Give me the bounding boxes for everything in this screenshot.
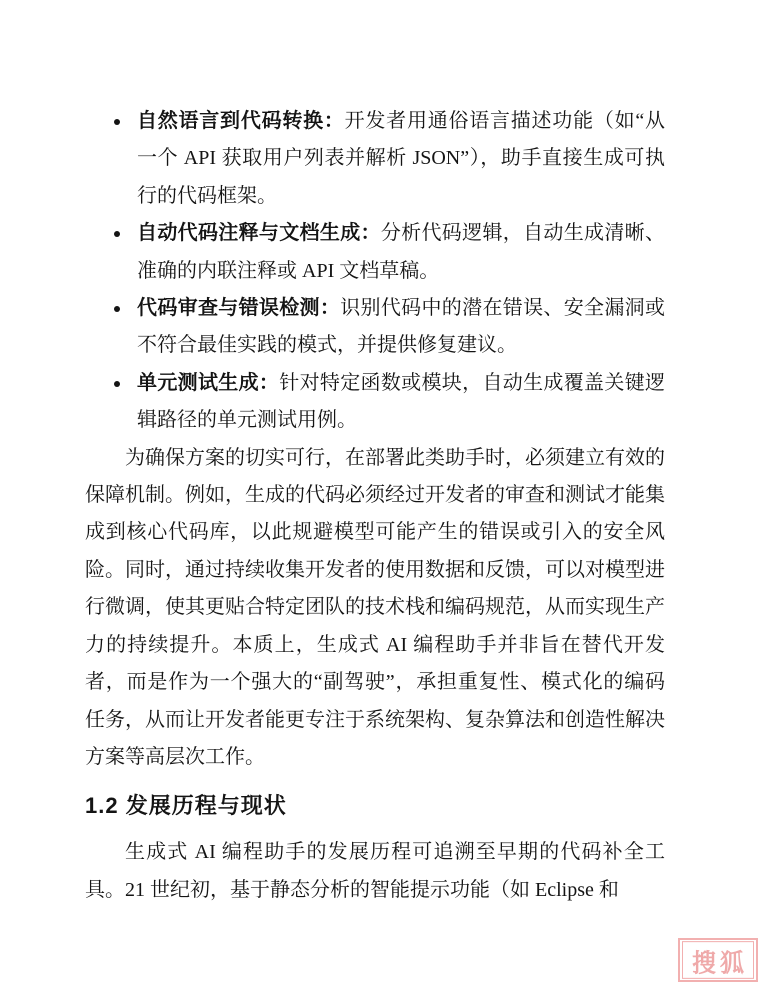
- bullet-text-line: 行的代码框架。: [137, 178, 665, 215]
- body-line: 具。21 世纪初，基于静态分析的智能提示功能（如 Eclipse 和: [85, 872, 665, 909]
- bullet-text-line: 不符合最佳实践的模式，并提供修复建议。: [137, 327, 665, 364]
- paragraph: 为确保方案的切实可行，在部署此类助手时，必须建立有效的 保障机制。例如，生成的代…: [85, 440, 665, 777]
- bullet-text-line: 准确的内联注释或 API 文档草稿。: [137, 253, 665, 290]
- bullet-text-line: 一个 API 获取用户列表并解析 JSON”），助手直接生成可执: [137, 140, 665, 177]
- seal-stamp-text: 搜狐: [682, 941, 754, 979]
- bullet-text: 针对特定函数或模块，自动生成覆盖关键逻: [279, 372, 665, 394]
- bullet-label: 单元测试生成：: [137, 372, 279, 394]
- body-line: 生成式 AI 编程助手的发展历程可追溯至早期的代码补全工: [85, 834, 665, 871]
- bullet-text: 开发者用通俗语言描述功能（如“从: [345, 110, 665, 132]
- body-line: 方案等高层次工作。: [85, 739, 665, 776]
- body-line: 为确保方案的切实可行，在部署此类助手时，必须建立有效的: [85, 440, 665, 477]
- bullet-item: 自动代码注释与文档生成：分析代码逻辑，自动生成清晰、 准确的内联注释或 API …: [85, 215, 665, 290]
- bullet-label: 自然语言到代码转换：: [137, 110, 345, 132]
- bullet-marker-icon: [114, 306, 120, 312]
- bullet-label: 自动代码注释与文档生成：: [137, 222, 381, 244]
- bullet-text-line: 自动代码注释与文档生成：分析代码逻辑，自动生成清晰、: [137, 215, 665, 252]
- bullet-marker-icon: [114, 381, 120, 387]
- bullet-item: 代码审查与错误检测：识别代码中的潜在错误、安全漏洞或 不符合最佳实践的模式，并提…: [85, 290, 665, 365]
- bullet-item: 自然语言到代码转换：开发者用通俗语言描述功能（如“从 一个 API 获取用户列表…: [85, 103, 665, 215]
- body-line: 险。同时，通过持续收集开发者的使用数据和反馈，可以对模型进: [85, 552, 665, 589]
- sohu-seal-stamp: 搜狐: [678, 938, 758, 982]
- bullet-text-line: 代码审查与错误检测：识别代码中的潜在错误、安全漏洞或: [137, 290, 665, 327]
- bullet-text-line: 单元测试生成：针对特定函数或模块，自动生成覆盖关键逻: [137, 365, 665, 402]
- bullet-text-line: 辑路径的单元测试用例。: [137, 402, 665, 439]
- bullet-label: 代码审查与错误检测：: [137, 297, 340, 319]
- body-line: 保障机制。例如，生成的代码必须经过开发者的审查和测试才能集: [85, 477, 665, 514]
- bullet-text: 分析代码逻辑，自动生成清晰、: [381, 222, 665, 244]
- body-line: 力的持续提升。本质上，生成式 AI 编程助手并非旨在替代开发: [85, 627, 665, 664]
- body-line: 行微调，使其更贴合特定团队的技术栈和编码规范，从而实现生产: [85, 589, 665, 626]
- document-content: 自然语言到代码转换：开发者用通俗语言描述功能（如“从 一个 API 获取用户列表…: [85, 103, 665, 909]
- bullet-text: 识别代码中的潜在错误、安全漏洞或: [340, 297, 665, 319]
- body-line: 任务，从而让开发者能更专注于系统架构、复杂算法和创造性解决: [85, 702, 665, 739]
- section-heading: 1.2 发展历程与现状: [85, 790, 665, 822]
- bullet-item: 单元测试生成：针对特定函数或模块，自动生成覆盖关键逻 辑路径的单元测试用例。: [85, 365, 665, 440]
- document-page: 自然语言到代码转换：开发者用通俗语言描述功能（如“从 一个 API 获取用户列表…: [0, 0, 765, 990]
- bullet-text-line: 自然语言到代码转换：开发者用通俗语言描述功能（如“从: [137, 103, 665, 140]
- bullet-list: 自然语言到代码转换：开发者用通俗语言描述功能（如“从 一个 API 获取用户列表…: [85, 103, 665, 440]
- paragraph: 生成式 AI 编程助手的发展历程可追溯至早期的代码补全工 具。21 世纪初，基于…: [85, 834, 665, 909]
- bullet-marker-icon: [114, 231, 120, 237]
- body-line: 成到核心代码库，以此规避模型可能产生的错误或引入的安全风: [85, 514, 665, 551]
- body-line: 者，而是作为一个强大的“副驾驶”，承担重复性、模式化的编码: [85, 664, 665, 701]
- bullet-marker-icon: [114, 119, 120, 125]
